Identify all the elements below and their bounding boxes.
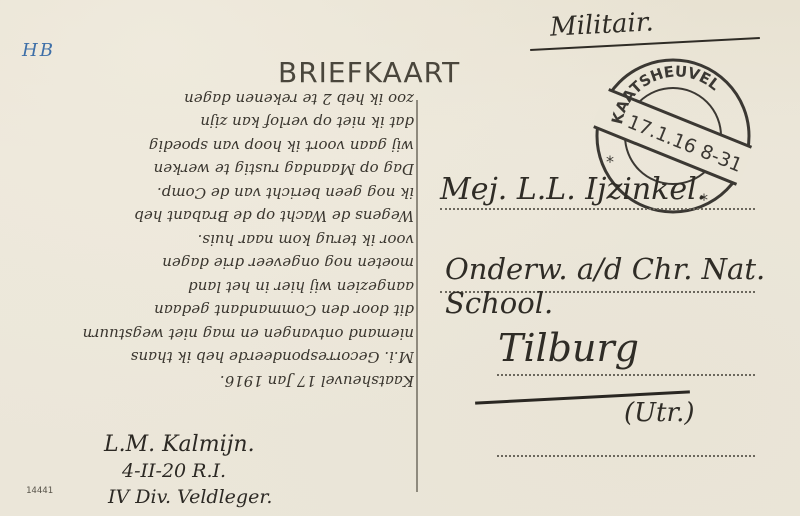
message-line: wij gaan voort ik hoop van spoedig [10, 134, 414, 158]
message-line: ik nog geen bericht van de Comp. [10, 181, 414, 205]
message-line: Wegens de Wacht op de Brabant heb [10, 204, 414, 228]
message-body-upside-down: Kaatsheuvel 17 Jan 1916. M.i. Gecorrespo… [10, 92, 414, 392]
message-line: Kaatsheuvel 17 Jan 1916. [10, 369, 414, 393]
address-line-3 [497, 374, 755, 376]
message-line: Dag op Maandag rustig te werken [10, 157, 414, 181]
postcard-title: BRIEFKAART [278, 56, 460, 89]
address-line-4 [497, 455, 755, 457]
message-line: niemand ontvangen en mag niet wegstuurn [10, 322, 414, 346]
message-line: aangezien wij hier in het land [10, 275, 414, 299]
message-line: M.i. Gecorrespondeerde heb ik thans [10, 345, 414, 369]
center-divider [416, 100, 418, 492]
address-recipient: Mej. L.L. Ijzinkel. [440, 172, 706, 207]
signature-division: IV Div. Veldleger. [108, 486, 272, 508]
message-line: moeten nog ongeveer drie dagen [10, 251, 414, 275]
archive-mark: HB [22, 40, 55, 61]
postcard: HB BRIEFKAART Militair. 17.1.16 8-31 KAA… [0, 0, 800, 516]
message-line: voor ik terug kom naar huis. [10, 228, 414, 252]
address-institution: Onderw. a/d Chr. Nat. School. [445, 252, 800, 320]
message-line: dit door den Commandant gedaan [10, 298, 414, 322]
service-marking: Militair. [549, 7, 654, 42]
address-line-1 [440, 208, 755, 210]
signature-name: L.M. Kalmijn. [104, 432, 255, 457]
address-place: Tilburg [498, 326, 639, 370]
signature-unit: 4-II-20 R.I. [122, 460, 226, 482]
message-line: zoo ik heb 2 te rekenen dagen [10, 87, 414, 111]
address-province: (Utr.) [624, 398, 694, 428]
message-line: dat ik niet op verlof kan zijn [10, 110, 414, 134]
print-code: 14441 [26, 486, 53, 496]
svg-text:*: * [606, 152, 614, 171]
